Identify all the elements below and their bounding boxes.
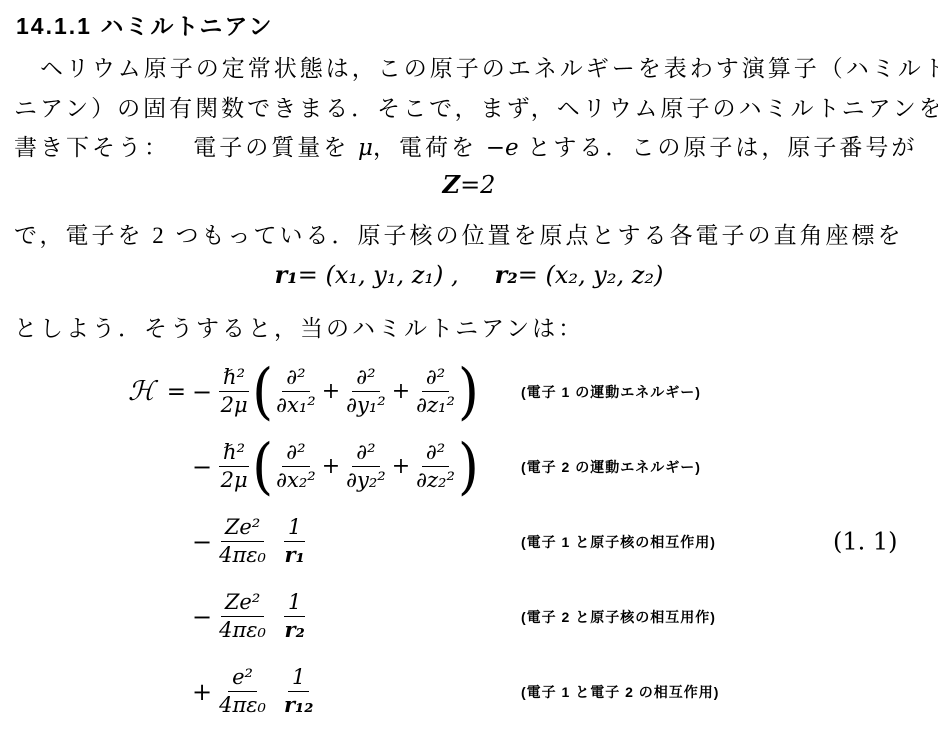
hamiltonian-equation: ℋ= − ℏ²2μ ( ∂²∂x₁² + ∂²∂y₁² + ∂²∂z₁² ) (… bbox=[128, 354, 938, 729]
fraction-d2-dy2: ∂²∂y₁² bbox=[346, 365, 386, 418]
fraction-denominator: 2μ bbox=[221, 467, 248, 493]
paragraph-text: ，電荷を bbox=[373, 135, 486, 160]
paragraph-line: ヘリウム原子の定常状態は，この原子のエネルギーを表わす演算子（ハミルト bbox=[40, 50, 938, 83]
equation-lhs: ℋ= bbox=[128, 376, 192, 407]
math-symbol-mu: μ bbox=[358, 135, 373, 161]
paragraph-text: とする．この原子は，原子番号が bbox=[519, 135, 918, 160]
annotation: (電子 1 と電子 2 の相互作用) bbox=[521, 682, 719, 702]
plus-sign: + bbox=[392, 379, 410, 404]
fraction-d2-dy2: ∂²∂y₂² bbox=[346, 440, 386, 493]
fraction-Ze2-4pie0: Ze²4πε₀ bbox=[219, 590, 266, 643]
display-equation-z: Z=2 bbox=[0, 170, 938, 199]
fraction-denominator: ∂x₂² bbox=[276, 467, 316, 493]
vector-r2: r₂ bbox=[495, 260, 518, 289]
section-heading: 14.1.1 ハミルトニアン bbox=[16, 8, 274, 41]
fraction-denominator: r₂ bbox=[285, 617, 305, 643]
fraction-1-r2: 1r₂ bbox=[284, 590, 305, 643]
fraction-numerator: Ze² bbox=[221, 515, 264, 542]
fraction-1-r1: 1r₁ bbox=[284, 515, 305, 568]
equation-row-kinetic-2: − ℏ²2μ ( ∂²∂x₂² + ∂²∂y₂² + ∂²∂z₂² ) (電子 … bbox=[128, 429, 938, 504]
paragraph-line: 書き下そう： 電子の質量を μ，電荷を −e とする．この原子は，原子番号が bbox=[14, 129, 917, 162]
fraction-numerator: ∂² bbox=[352, 440, 379, 467]
paragraph-line: としよう．そうすると，当のハミルトニアンは： bbox=[14, 310, 584, 343]
fraction-denominator: ∂y₁² bbox=[346, 392, 386, 418]
fraction-numerator: ℏ² bbox=[219, 365, 249, 392]
paragraph-line: ニアン）の固有関数できまる．そこで，まず，ヘリウム原子のハミルトニアンを bbox=[14, 90, 938, 123]
fraction-numerator: Ze² bbox=[221, 590, 264, 617]
fraction-d2-dx2: ∂²∂x₂² bbox=[276, 440, 316, 493]
vector-r1: r₁ bbox=[275, 260, 298, 289]
minus-sign: − bbox=[192, 528, 212, 556]
equation-row-kinetic-1: ℋ= − ℏ²2μ ( ∂²∂x₁² + ∂²∂y₁² + ∂²∂z₁² ) (… bbox=[128, 354, 938, 429]
fraction-e2-4pie0: e²4πε₀ bbox=[219, 665, 266, 718]
annotation: (電子 1 の運動エネルギー) bbox=[521, 382, 701, 402]
fraction-denominator: ∂x₁² bbox=[276, 392, 316, 418]
fraction-numerator: 1 bbox=[288, 665, 309, 692]
fraction-Ze2-4pie0: Ze²4πε₀ bbox=[219, 515, 266, 568]
fraction-denominator: r₁ bbox=[285, 542, 305, 568]
fraction-numerator: 1 bbox=[284, 515, 305, 542]
fraction-denominator: ∂y₂² bbox=[346, 467, 386, 493]
equation-row-nucleus-1: − Ze²4πε₀ 1r₁ (電子 1 と原子核の相互作用) (1. 1) bbox=[128, 504, 938, 579]
plus-sign: + bbox=[192, 678, 212, 706]
minus-sign: − bbox=[192, 378, 212, 406]
fraction-denominator: ∂z₁² bbox=[416, 392, 455, 418]
fraction-numerator: ∂² bbox=[422, 440, 449, 467]
coords-tuple-2: = (x₂, y₂, z₂) bbox=[518, 261, 664, 289]
z-value: 2 bbox=[480, 171, 495, 199]
fraction-denominator: 4πε₀ bbox=[219, 542, 266, 568]
fraction-numerator: ℏ² bbox=[219, 440, 249, 467]
fraction-numerator: e² bbox=[228, 665, 257, 692]
annotation: (電子 1 と原子核の相互作用) bbox=[521, 532, 716, 552]
fraction-denominator: 4πε₀ bbox=[219, 617, 266, 643]
equation-row-electron-electron: + e²4πε₀ 1r₁₂ (電子 1 と電子 2 の相互作用) bbox=[128, 654, 938, 729]
fraction-denominator: r₁₂ bbox=[284, 692, 313, 718]
fraction-numerator: ∂² bbox=[422, 365, 449, 392]
coords-tuple-1: = (x₁, y₁, z₁) , bbox=[298, 261, 459, 289]
fraction-d2-dx2: ∂²∂x₁² bbox=[276, 365, 316, 418]
fraction-d2-dz2: ∂²∂z₁² bbox=[416, 365, 455, 418]
fraction-numerator: ∂² bbox=[352, 365, 379, 392]
fraction-denominator: 2μ bbox=[221, 392, 248, 418]
fraction-numerator: ∂² bbox=[282, 365, 309, 392]
equation-number: (1. 1) bbox=[833, 527, 898, 555]
math-symbol-charge: −e bbox=[486, 135, 519, 161]
fraction-1-r12: 1r₁₂ bbox=[284, 665, 313, 718]
fraction-d2-dz2: ∂²∂z₂² bbox=[416, 440, 455, 493]
minus-sign: − bbox=[192, 453, 212, 481]
fraction-numerator: ∂² bbox=[282, 440, 309, 467]
annotation: (電子 2 の運動エネルギー) bbox=[521, 457, 701, 477]
textbook-page: 14.1.1 ハミルトニアン ヘリウム原子の定常状態は，この原子のエネルギーを表… bbox=[0, 0, 938, 742]
fraction-denominator: ∂z₂² bbox=[416, 467, 455, 493]
z-variable: Z bbox=[443, 170, 461, 199]
paragraph-text: 書き下そう： 電子の質量を bbox=[14, 135, 358, 160]
fraction-hbar-2mu: ℏ²2μ bbox=[219, 440, 249, 493]
plus-sign: + bbox=[322, 454, 340, 479]
paragraph-line: で，電子を 2 つもっている．原子核の位置を原点とする各電子の直角座標を bbox=[14, 217, 904, 250]
fraction-hbar-2mu: ℏ²2μ bbox=[219, 365, 249, 418]
hamiltonian-symbol: ℋ bbox=[128, 376, 155, 407]
fraction-denominator: 4πε₀ bbox=[219, 692, 266, 718]
plus-sign: + bbox=[322, 379, 340, 404]
annotation: (電子 2 と原子核の相互用作) bbox=[521, 607, 716, 627]
equals-sign: = bbox=[460, 171, 480, 199]
equals-sign: = bbox=[167, 379, 186, 405]
plus-sign: + bbox=[392, 454, 410, 479]
equation-row-nucleus-2: − Ze²4πε₀ 1r₂ (電子 2 と原子核の相互用作) bbox=[128, 579, 938, 654]
fraction-numerator: 1 bbox=[284, 590, 305, 617]
minus-sign: − bbox=[192, 603, 212, 631]
coordinates-equation: r₁= (x₁, y₁, z₁) ,r₂= (x₂, y₂, z₂) bbox=[0, 260, 938, 289]
